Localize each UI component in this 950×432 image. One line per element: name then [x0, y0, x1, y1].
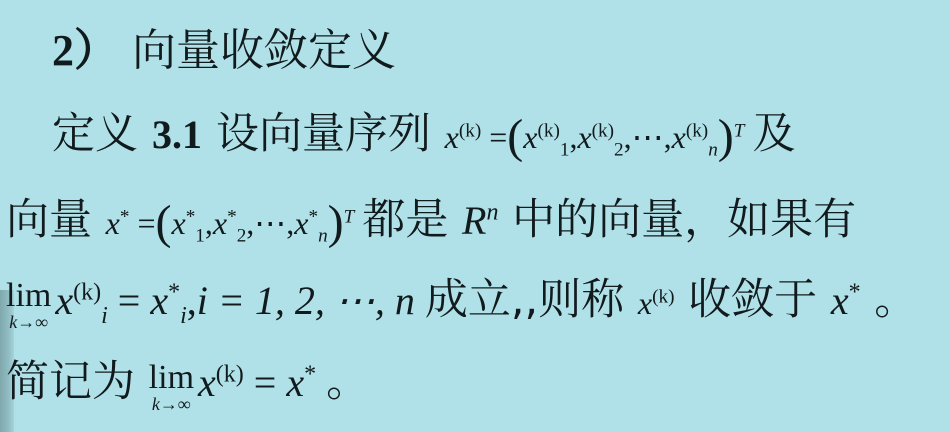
space-rn: Rn: [462, 198, 498, 243]
limit-vector-formula: x* =(x*1,x*2,⋯,x*n)T: [106, 205, 363, 241]
section-title: 向量收敛定义: [132, 25, 396, 76]
definition-line-2: 向量 x* =(x*1,x*2,⋯,x*n)T 都是 Rn 中的向量，如果有: [6, 186, 856, 250]
definition-text: 设向量序列: [216, 109, 431, 159]
definition-line-4: 简记为 limk→∞x(k) = x* 。: [6, 348, 369, 413]
component-limit-formula: limk→∞x(k)i = x*i,i = 1, 2, ⋯, n: [6, 278, 425, 323]
sequence-symbol: x(k): [638, 285, 675, 321]
definition-number: 3.1: [152, 112, 202, 157]
definition-line-3: limk→∞x(k)i = x*i,i = 1, 2, ⋯, n 成立,,则称 …: [6, 266, 917, 331]
definition-label: 定义: [52, 109, 138, 159]
section-heading: 2） 向量收敛定义: [52, 14, 396, 78]
section-number: 2）: [52, 26, 118, 75]
definition-line-1: 定义3.1设向量序列 x(k) =(x(k)1,x(k)2,⋯,x(k)n)T …: [52, 100, 795, 164]
short-limit-formula: limk→∞x(k) = x*: [149, 360, 326, 405]
vector-sequence-formula: x(k) =(x(k)1,x(k)2,⋯,x(k)n)T: [445, 119, 753, 155]
limit-symbol: x*: [831, 278, 861, 323]
